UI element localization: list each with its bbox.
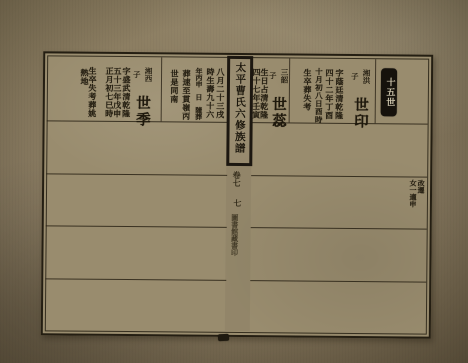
genealogy-page: 太平曹氏六修族譜 卷七 七 圖書館藏書印 十五世 湘洪 子 世印 字蔭廷清乾隆 … bbox=[41, 51, 433, 338]
entry-detail-column: 四十二年丁酉 bbox=[326, 69, 334, 120]
entry-detail-column: 四十七年壬寅 bbox=[253, 68, 261, 119]
entry-parent-name: 湘洪 bbox=[362, 69, 370, 84]
row-divider bbox=[251, 175, 427, 178]
entry-detail-column: 熱地 bbox=[81, 69, 89, 86]
row-divider bbox=[46, 225, 227, 228]
entry-shirui: 三韶 子 世蕊 bbox=[268, 67, 287, 175]
entry-detail-column: 十月初八日酉時 bbox=[315, 68, 323, 124]
spine-page-number: 七 bbox=[234, 199, 242, 207]
entry-shiyin: 湘洪 子 世印 bbox=[350, 68, 369, 176]
entry-parent-name: 湘西 bbox=[144, 67, 152, 82]
row-divider bbox=[251, 227, 427, 230]
row-divider bbox=[45, 278, 226, 281]
library-seal-text: 圖書館藏書印 bbox=[231, 214, 238, 256]
entry-detail-column: 正月初七巳時 bbox=[106, 67, 114, 118]
entry-parent-name: 三韶 bbox=[280, 68, 288, 83]
column-divider bbox=[375, 59, 377, 123]
page-edge-mark bbox=[218, 334, 229, 342]
continuation-column: 年丙申 日 隨葬 bbox=[196, 68, 203, 120]
continuation-column: 世是同南 bbox=[171, 69, 179, 103]
entry-shiji: 湘西 子 世季 bbox=[132, 66, 151, 174]
scanned-genealogy-screenshot: { "document": { "kind": "chinese-genealo… bbox=[0, 0, 468, 363]
entry-relation-marker: 子 bbox=[133, 69, 141, 80]
entry-person-name: 世季 bbox=[134, 95, 149, 128]
entry-person-name: 世印 bbox=[352, 97, 367, 130]
entry-detail-column: 字盛武清乾隆 bbox=[123, 67, 131, 118]
continuation-column: 時生壽九十六 bbox=[207, 68, 215, 119]
spine-volume: 卷七 bbox=[233, 171, 241, 187]
generation-label: 十五世 bbox=[381, 68, 397, 116]
entry-relation-marker: 子 bbox=[269, 70, 277, 81]
entry-detail-column: 生卒葬失考 bbox=[304, 69, 312, 112]
spine-title: 太平曹氏六修族譜 bbox=[234, 62, 245, 154]
row-divider bbox=[250, 280, 426, 283]
entry-detail-column: 字蔭廷清乾隆 bbox=[336, 69, 344, 120]
continuation-column: 葬速至貫嶺丙 bbox=[183, 70, 191, 121]
column-divider bbox=[161, 57, 163, 121]
margin-note: 女一適申 bbox=[410, 180, 417, 208]
margin-note: 改遷 bbox=[418, 180, 425, 194]
entry-relation-marker: 子 bbox=[351, 71, 359, 82]
entry-person-name: 世蕊 bbox=[270, 96, 285, 129]
continuation-column: 八月二十三戌 bbox=[217, 68, 225, 119]
spine-title-box: 太平曹氏六修族譜 bbox=[226, 56, 253, 166]
